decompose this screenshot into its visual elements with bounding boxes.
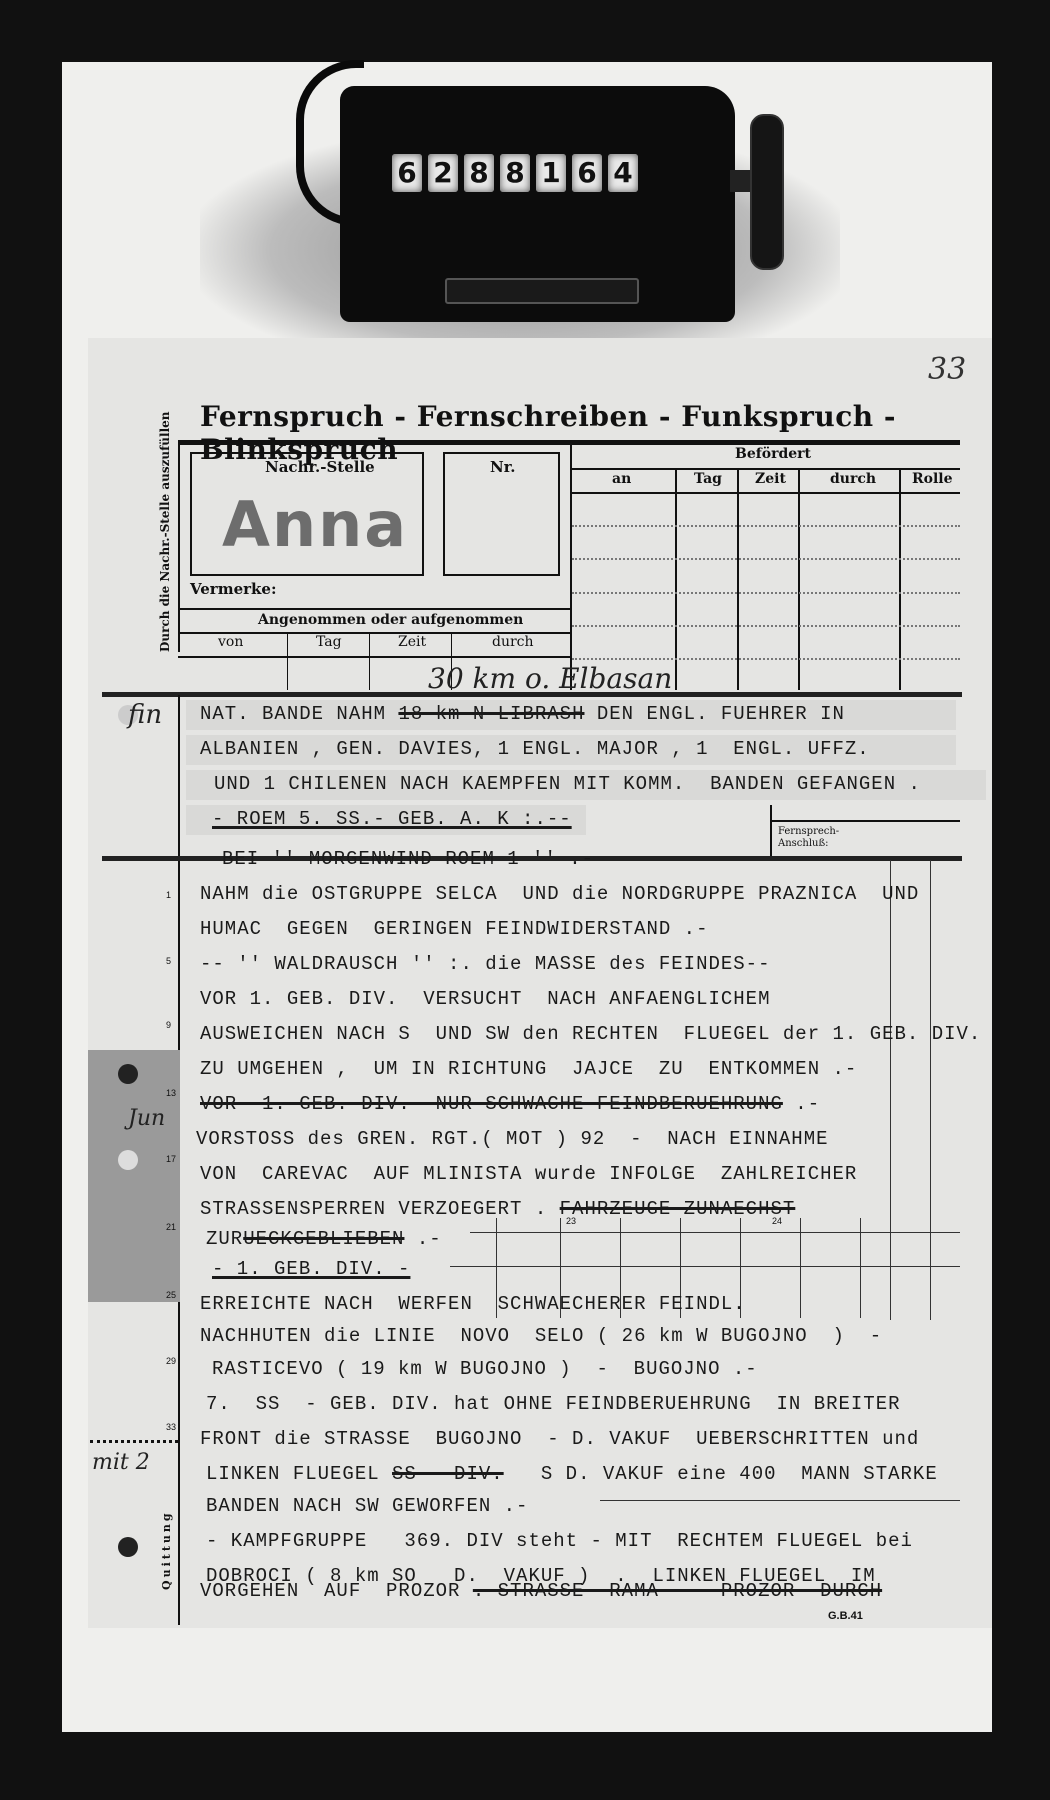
message-line: AUSWEICHEN NACH S UND SW den RECHTEN FLU… (200, 1023, 981, 1045)
grid-line (930, 860, 931, 1320)
angenommen-col-rule (178, 656, 570, 658)
message-line: - ROEM 5. SS.- GEB. A. K :.-- (212, 808, 572, 830)
message-line: NAHM die OSTGRUPPE SELCA UND die NORDGRU… (200, 883, 919, 905)
quittung-label: Quittung (160, 1510, 173, 1590)
message-line: VON CAREVAC AUF MLINISTA wurde INFOLGE Z… (200, 1163, 857, 1185)
counter-digit: 1 (536, 154, 566, 192)
message-line: ZURUECKGEBLIEBEN .- (206, 1228, 442, 1250)
befoerdert-divider (798, 468, 800, 690)
message-line: FRONT die STRASSE BUGOJNO - D. VAKUF UEB… (200, 1428, 919, 1450)
grid-line (470, 1232, 960, 1233)
col-durch: durch (492, 634, 534, 650)
befoerdert-row-rule (572, 558, 960, 560)
angenommen-header: Angenommen oder aufgenommen (258, 612, 523, 628)
side-instruction: Durch die Nachr.-Stelle auszufüllen (158, 411, 172, 652)
counter-digit: 4 (608, 154, 638, 192)
punch-hole (118, 1150, 138, 1170)
fernsprech-divider (770, 805, 772, 857)
quittung-rule (90, 1440, 178, 1443)
befoerdert-col-tag: Tag (694, 471, 722, 487)
line-number: 17 (166, 1154, 176, 1164)
message-line: ERREICHTE NACH WERFEN SCHWAECHERER FEIND… (200, 1293, 746, 1315)
grid-line (450, 1266, 960, 1267)
nachr-stelle-stamp: Anna (222, 488, 408, 561)
margin-note-quittung: mit 2 (92, 1450, 150, 1475)
counter-reset-knob (750, 114, 784, 270)
message-top-rule (102, 692, 962, 697)
punch-hole (118, 1064, 138, 1084)
befoerdert-col-rolle: Rolle (912, 471, 953, 487)
message-line: ALBANIEN , GEN. DAVIES, 1 ENGL. MAJOR , … (200, 738, 870, 760)
angenommen-divider (369, 632, 370, 690)
befoerdert-row-rule (572, 658, 960, 660)
befoerdert-col-rule (572, 492, 960, 494)
counter-digit: 8 (500, 154, 530, 192)
befoerdert-divider (899, 468, 901, 690)
message-line: NAT. BANDE NAHM 18 km N LIBRASH DEN ENGL… (200, 703, 845, 725)
befoerdert-mid-rule (572, 468, 960, 470)
grid-line (860, 1218, 861, 1318)
fernsprech-anschluss-label: Fernsprech- Anschluß: (778, 826, 839, 850)
counter-digit: 8 (464, 154, 494, 192)
angenommen-top-rule (178, 608, 570, 610)
message-line: STRASSENSPERREN VERZOEGERT . FAHRZEUGE Z… (200, 1198, 795, 1220)
counter-digit: 6 (392, 154, 422, 192)
message-line: 7. SS - GEB. DIV. hat OHNE FEINDBERUEHRU… (206, 1393, 901, 1415)
befoerdert-row-rule (572, 592, 960, 594)
message-line: ZU UMGEHEN , UM IN RICHTUNG JAJCE ZU ENT… (200, 1058, 857, 1080)
befoerdert-divider (675, 468, 677, 690)
line-number: 29 (166, 1356, 176, 1366)
message-line: BANDEN NACH SW GEWORFEN .- (206, 1495, 528, 1517)
form-code: G.B.41 (828, 1610, 863, 1622)
counter-digit: 6 (572, 154, 602, 192)
archive-page-number: 33 (928, 352, 966, 387)
message-line: VOR 1. GEB. DIV. VERSUCHT NACH ANFAENGLI… (200, 988, 771, 1010)
line-number: 9 (166, 1020, 171, 1030)
befoerdert-header: Befördert (735, 446, 811, 462)
message-line: RASTICEVO ( 19 km W BUGOJNO ) - BUGOJNO … (212, 1358, 758, 1380)
befoerdert-col-zeit: Zeit (755, 471, 786, 487)
col-tag: Tag (316, 634, 342, 650)
message-line: VORSTOSS des GREN. RGT.( MOT ) 92 - NACH… (196, 1128, 829, 1150)
vermerke-label: Vermerke: (190, 580, 277, 598)
befoerdert-row-rule (572, 525, 960, 527)
line-number: 21 (166, 1222, 176, 1232)
message-line: - KAMPFGRUPPE 369. DIV steht - MIT RECHT… (206, 1530, 913, 1552)
counter-digit: 2 (428, 154, 458, 192)
counter-digits: 6 2 8 8 1 6 4 (392, 154, 638, 192)
angenommen-divider (287, 632, 288, 690)
col-von: von (218, 634, 243, 650)
handwritten-origin: 30 km o. Elbasan (428, 662, 672, 695)
line-number: 25 (166, 1290, 176, 1300)
header-top-rule (178, 440, 960, 445)
message-line: BEI '' MORGENWIND ROEM 1 '' .- (222, 848, 594, 870)
margin-note-top: fin (128, 700, 162, 730)
fernsprech-rule (770, 820, 960, 822)
nachr-stelle-label: Nachr.-Stelle (265, 458, 375, 476)
margin-note-left: Jun (128, 1106, 165, 1131)
message-line: -- '' WALDRAUSCH '' :. die MASSE des FEI… (200, 953, 771, 975)
befoerdert-divider (737, 468, 739, 690)
col-zeit: Zeit (398, 634, 426, 650)
befoerdert-row-rule (572, 625, 960, 627)
line-number: 33 (166, 1422, 176, 1432)
message-line: VOR 1. GEB. DIV. NUR SCHWACHE FEINDBERUE… (200, 1093, 820, 1115)
line-number: 5 (166, 956, 171, 966)
befoerdert-col-an: an (612, 471, 631, 487)
form-left-rule (178, 440, 180, 652)
punch-hole (118, 1537, 138, 1557)
line-number: 1 (166, 890, 171, 900)
message-line: UND 1 CHILENEN NACH KAEMPFEN MIT KOMM. B… (214, 773, 921, 795)
message-line: NACHHUTEN die LINIE NOVO SELO ( 26 km W … (200, 1325, 882, 1347)
message-line: HUMAC GEGEN GERINGEN FEINDWIDERSTAND .- (200, 918, 708, 940)
counter-slot (445, 278, 639, 304)
grid-line (800, 1218, 801, 1318)
message-line: LINKEN FLUEGEL SS - DIV. S D. VAKUF eine… (206, 1463, 938, 1485)
befoerdert-left-rule (570, 440, 572, 690)
befoerdert-col-durch: durch (830, 471, 876, 487)
line-number: 13 (166, 1088, 176, 1098)
grid-line (890, 860, 891, 1320)
grid-line (600, 1500, 960, 1501)
message-line: - 1. GEB. DIV. - (212, 1258, 410, 1280)
message-line: VORGEHEN AUF PROZOR . STRASSE RAMA - PRO… (200, 1580, 882, 1602)
nr-label: Nr. (490, 458, 515, 476)
